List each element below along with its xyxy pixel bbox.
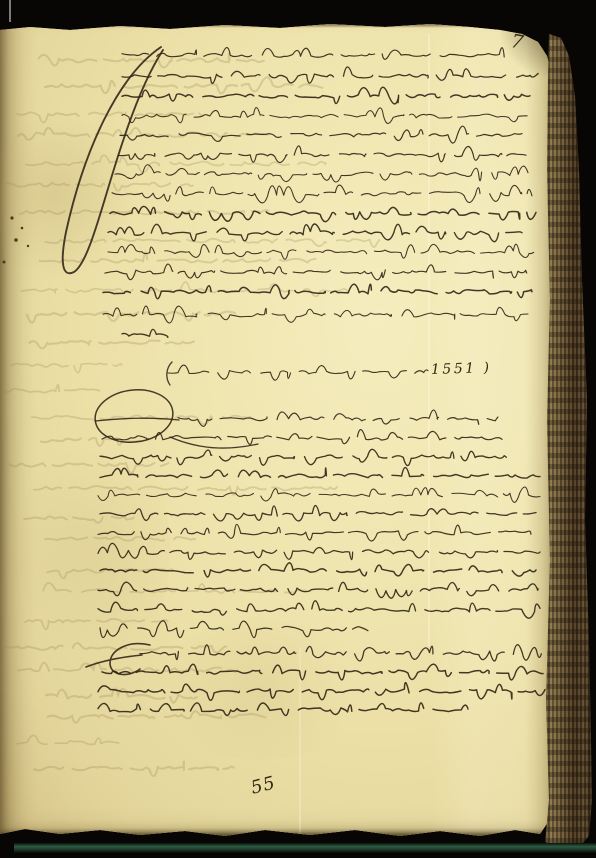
year-inscription: 1551 ) [431, 361, 492, 377]
manuscript-page [0, 0, 557, 842]
paper-sheen [430, 24, 550, 836]
vertical-crease [428, 34, 430, 646]
book-fore-edge [540, 24, 596, 854]
corner-fold-shadow [498, 24, 552, 80]
paper-stain [0, 110, 140, 280]
scanner-bed-strip [14, 843, 596, 853]
scanner-edge-artifact [9, 0, 11, 22]
paper-stain [150, 620, 370, 760]
paper-stain [20, 420, 170, 680]
scanned-book-photo: 7 1551 ) 55 [0, 0, 596, 858]
